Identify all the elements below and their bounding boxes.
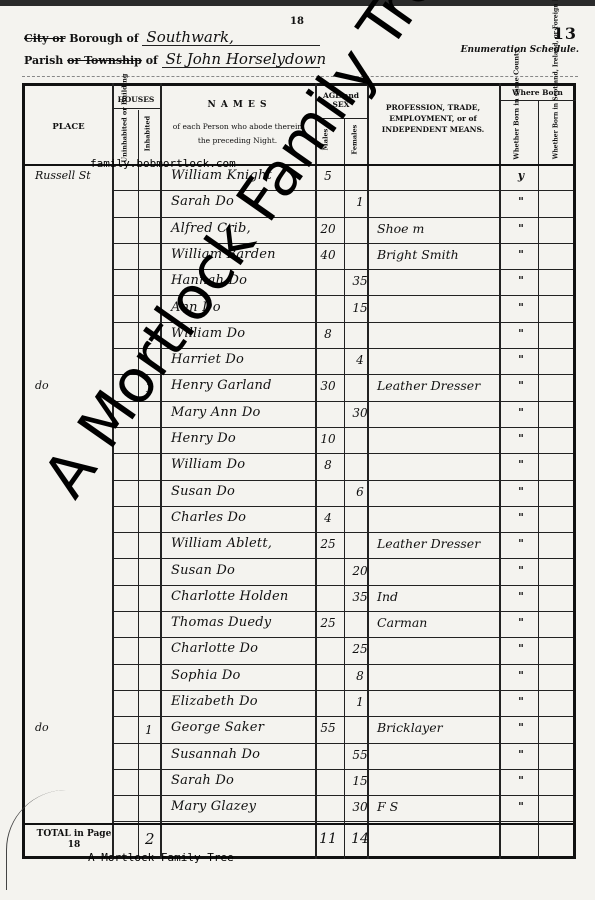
- profession-cell: Bright Smith: [377, 247, 459, 262]
- female-age-cell: 55: [347, 748, 373, 762]
- table-row: Mary Glazey30F S": [25, 796, 573, 822]
- same-county-cell: ": [503, 222, 539, 235]
- borough-line: City or Borough of Southwark,: [24, 30, 320, 46]
- header-same-county: Whether Born in same County: [513, 96, 520, 160]
- struck-township: or Township: [67, 54, 142, 67]
- same-county-cell: ": [503, 511, 539, 524]
- female-age-cell: 6: [347, 485, 373, 499]
- table-row: Hannah Do35": [25, 270, 573, 296]
- name-cell: Mary Ann Do: [171, 405, 260, 420]
- name-cell: Sophia Do: [171, 668, 241, 683]
- table-row: Susan Do6": [25, 481, 573, 507]
- table-row: William Ablett,25Leather Dresser": [25, 533, 573, 559]
- borough-label: Borough of: [69, 32, 138, 45]
- header-inhabited: Inhabited: [144, 108, 151, 160]
- same-county-cell: ": [503, 590, 539, 603]
- parish-value: St John Horselydown: [162, 52, 320, 68]
- male-age-cell: 8: [315, 327, 341, 341]
- table-row: Ann Do15": [25, 297, 573, 323]
- female-age-cell: 35: [347, 274, 373, 288]
- male-age-cell: 25: [315, 537, 341, 551]
- same-county-cell: ": [503, 748, 539, 761]
- same-county-cell: ": [503, 274, 539, 287]
- same-county-cell: ": [503, 537, 539, 550]
- name-cell: Henry Garland: [171, 378, 272, 393]
- header-profession: PROFESSION, TRADE, EMPLOYMENT, or of IND…: [370, 103, 496, 136]
- male-age-cell: 30: [315, 379, 341, 393]
- male-age-cell: 20: [315, 222, 341, 236]
- watermark-url: family.bobmortlock.com: [90, 157, 236, 170]
- inhabited-cell: 1: [145, 723, 153, 737]
- struck-city: City or: [24, 32, 65, 45]
- same-county-cell: ": [503, 774, 539, 787]
- female-age-cell: 25: [347, 642, 373, 656]
- female-age-cell: 4: [347, 353, 373, 367]
- profession-cell: Leather Dresser: [377, 378, 480, 393]
- male-age-cell: 25: [315, 616, 341, 630]
- watermark-caption: A Mortlock Family Tree: [88, 851, 234, 864]
- female-age-cell: 15: [347, 774, 373, 788]
- where-born-rule: [499, 100, 576, 101]
- profession-cell: Carman: [377, 615, 427, 630]
- table-row: do1George Saker55Bricklayer": [25, 717, 573, 743]
- same-county-cell: ": [503, 458, 539, 471]
- totals-females: 14: [347, 831, 373, 847]
- same-county-cell: ": [503, 800, 539, 813]
- same-county-cell: ": [503, 379, 539, 392]
- name-cell: Mary Glazey: [171, 799, 256, 814]
- header-houses: HOUSES: [112, 95, 160, 104]
- place-cell: Russell St: [35, 169, 91, 182]
- same-county-cell: ": [503, 669, 539, 682]
- female-age-cell: 1: [347, 195, 373, 209]
- table-row: Elizabeth Do1": [25, 691, 573, 717]
- header-uninhabited: Uninhabited or Building: [121, 105, 128, 163]
- table-row: Charlotte Holden35Ind": [25, 586, 573, 612]
- dashed-rule: [22, 76, 578, 77]
- header-foreign-parts: Whether Born in Scotland, Ireland, or Fo…: [554, 95, 561, 159]
- table-row: Susannah Do55": [25, 744, 573, 770]
- same-county-cell: ": [503, 721, 539, 734]
- row-rule: [112, 821, 573, 822]
- same-county-cell: ": [503, 432, 539, 445]
- male-age-cell: 40: [315, 248, 341, 262]
- same-county-cell: ": [503, 301, 539, 314]
- name-cell: George Saker: [171, 720, 264, 735]
- name-cell: Charles Do: [171, 510, 246, 525]
- name-cell: Susan Do: [171, 484, 235, 499]
- scan-edge: [0, 0, 595, 6]
- same-county-cell: ": [503, 406, 539, 419]
- same-county-cell: ": [503, 642, 539, 655]
- male-age-cell: 4: [315, 511, 341, 525]
- table-row: Sarah Do15": [25, 770, 573, 796]
- same-county-cell: ": [503, 353, 539, 366]
- table-row: Charlotte Do25": [25, 638, 573, 664]
- table-row: Charles Do4": [25, 507, 573, 533]
- name-cell: Thomas Duedy: [171, 615, 271, 630]
- same-county-cell: ": [503, 327, 539, 340]
- place-cell: do: [35, 379, 49, 392]
- name-cell: William Ablett,: [171, 536, 272, 551]
- same-county-cell: ": [503, 564, 539, 577]
- profession-cell: Leather Dresser: [377, 536, 480, 551]
- margin-pen-stroke: [6, 790, 67, 890]
- profession-cell: Shoe m: [377, 221, 424, 236]
- totals-inhabited: 2: [145, 830, 155, 848]
- page-number: 18: [290, 16, 304, 27]
- table-row: Susan Do20": [25, 560, 573, 586]
- female-age-cell: 30: [347, 406, 373, 420]
- parish-of: of: [146, 54, 158, 67]
- female-age-cell: 15: [347, 301, 373, 315]
- name-cell: Henry Do: [171, 431, 236, 446]
- female-age-cell: 20: [347, 564, 373, 578]
- totals-males: 11: [315, 831, 341, 847]
- same-county-cell: ": [503, 195, 539, 208]
- table-row: Sophia Do8": [25, 665, 573, 691]
- same-county-cell: ": [503, 485, 539, 498]
- name-cell: Elizabeth Do: [171, 694, 258, 709]
- profession-cell: F S: [377, 799, 398, 814]
- name-cell: Susannah Do: [171, 747, 260, 762]
- same-county-cell: ": [503, 248, 539, 261]
- male-age-cell: 55: [315, 721, 341, 735]
- parish-line: Parish or Township of St John Horselydow…: [24, 52, 320, 68]
- place-cell: do: [35, 721, 49, 734]
- table-row: William Do8": [25, 323, 573, 349]
- female-age-cell: 30: [347, 800, 373, 814]
- header-where-born: Where Born: [499, 88, 576, 97]
- profession-cell: Bricklayer: [377, 720, 443, 735]
- female-age-cell: 35: [347, 590, 373, 604]
- parish-label: Parish: [24, 54, 63, 67]
- name-cell: William Do: [171, 457, 245, 472]
- name-cell: Charlotte Holden: [171, 589, 288, 604]
- same-county-cell: y: [503, 169, 539, 182]
- male-age-cell: 10: [315, 432, 341, 446]
- same-county-cell: ": [503, 616, 539, 629]
- totals-top-rule: [22, 823, 576, 825]
- profession-cell: Ind: [377, 589, 398, 604]
- table-row: Thomas Duedy25Carman": [25, 612, 573, 638]
- table-row: Alfred Crib,20Shoe m": [25, 218, 573, 244]
- female-age-cell: 8: [347, 669, 373, 683]
- header-place: PLACE: [25, 122, 112, 133]
- female-age-cell: 1: [347, 695, 373, 709]
- name-cell: Charlotte Do: [171, 641, 258, 656]
- name-cell: Sarah Do: [171, 773, 234, 788]
- houses-rule: [112, 108, 160, 109]
- male-age-cell: 8: [315, 458, 341, 472]
- borough-value: Southwark,: [142, 30, 320, 46]
- name-cell: Susan Do: [171, 563, 235, 578]
- same-county-cell: ": [503, 695, 539, 708]
- table-row: William Barden40Bright Smith": [25, 244, 573, 270]
